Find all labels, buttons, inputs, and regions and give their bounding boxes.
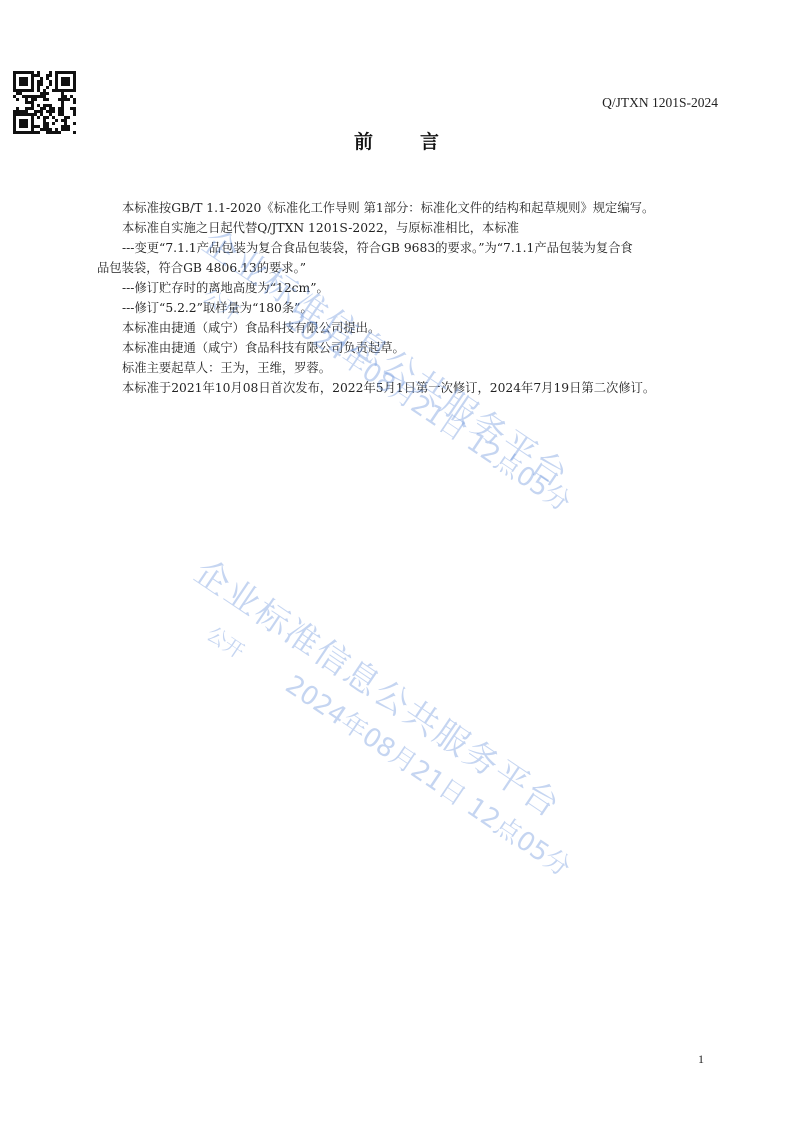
- paragraph: 本标准自实施之日起代替Q/JTXN 1201S-2022，与原标准相比，本标准: [97, 218, 721, 238]
- paragraph: 本标准由捷通（咸宁）食品科技有限公司负责起草。: [97, 338, 721, 358]
- paragraph-continuation: 品包装袋，符合GB 4806.13的要求。”: [97, 258, 721, 278]
- paragraph: ---修订贮存时的离地高度为“12cm”。: [97, 278, 721, 298]
- watermark-platform-name: 企业标准信息公共服务平台: [187, 545, 573, 827]
- paragraph: ---变更“7.1.1产品包装为复合食品包装袋，符合GB 9683的要求。”为“…: [97, 238, 721, 258]
- foreword-body: 本标准按GB/T 1.1-2020《标准化工作导则 第1部分：标准化文件的结构和…: [97, 198, 721, 398]
- paragraph: 本标准由捷通（咸宁）食品科技有限公司提出。: [97, 318, 721, 338]
- title-char-1: 前: [354, 131, 374, 153]
- watermark-datetime: 2024年08月21日 12点05分: [279, 665, 579, 884]
- paragraph: 本标准于2021年10月08日首次发布，2022年5月1日第一次修订，2024年…: [97, 378, 721, 398]
- watermark-public-label: 公开: [202, 618, 251, 664]
- qr-code-icon: [13, 71, 76, 134]
- document-code: Q/JTXN 1201S-2024: [602, 95, 718, 111]
- page-number: 1: [698, 1052, 704, 1067]
- page-title: 前言: [0, 127, 794, 154]
- paragraph: 本标准按GB/T 1.1-2020《标准化工作导则 第1部分：标准化文件的结构和…: [97, 198, 721, 218]
- title-char-2: 言: [420, 131, 440, 153]
- paragraph: 标准主要起草人：王为，王维，罗蓉。: [97, 358, 721, 378]
- paragraph: ---修订“5.2.2”取样量为“180条”。: [97, 298, 721, 318]
